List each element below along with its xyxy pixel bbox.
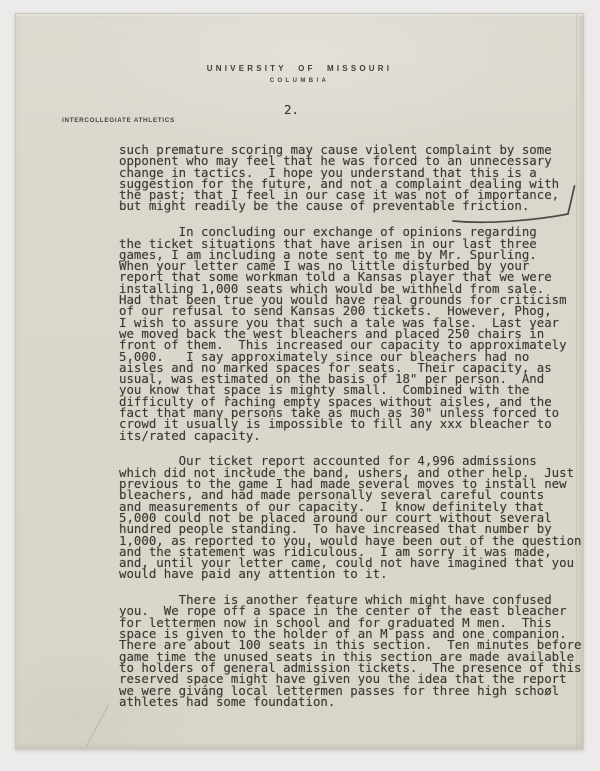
paper-crease [86, 705, 109, 747]
letterhead-location: COLUMBIA [16, 78, 583, 84]
paragraph-2: In concluding our exchange of opinions r… [119, 226, 591, 441]
paper-edge-shading [576, 14, 577, 749]
letterhead-department: INTERCOLLEGIATE ATHLETICS [62, 117, 175, 124]
paragraph-3: Our ticket report accounted for 4,996 ad… [119, 455, 591, 579]
letterhead-university-name: UNIVERSITY OF MISSOURI [16, 64, 583, 73]
page-number: 2. [284, 102, 299, 117]
paragraph-4: There is another feature which might hav… [119, 594, 591, 707]
letter-page: UNIVERSITY OF MISSOURI COLUMBIA INTERCOL… [15, 13, 584, 750]
